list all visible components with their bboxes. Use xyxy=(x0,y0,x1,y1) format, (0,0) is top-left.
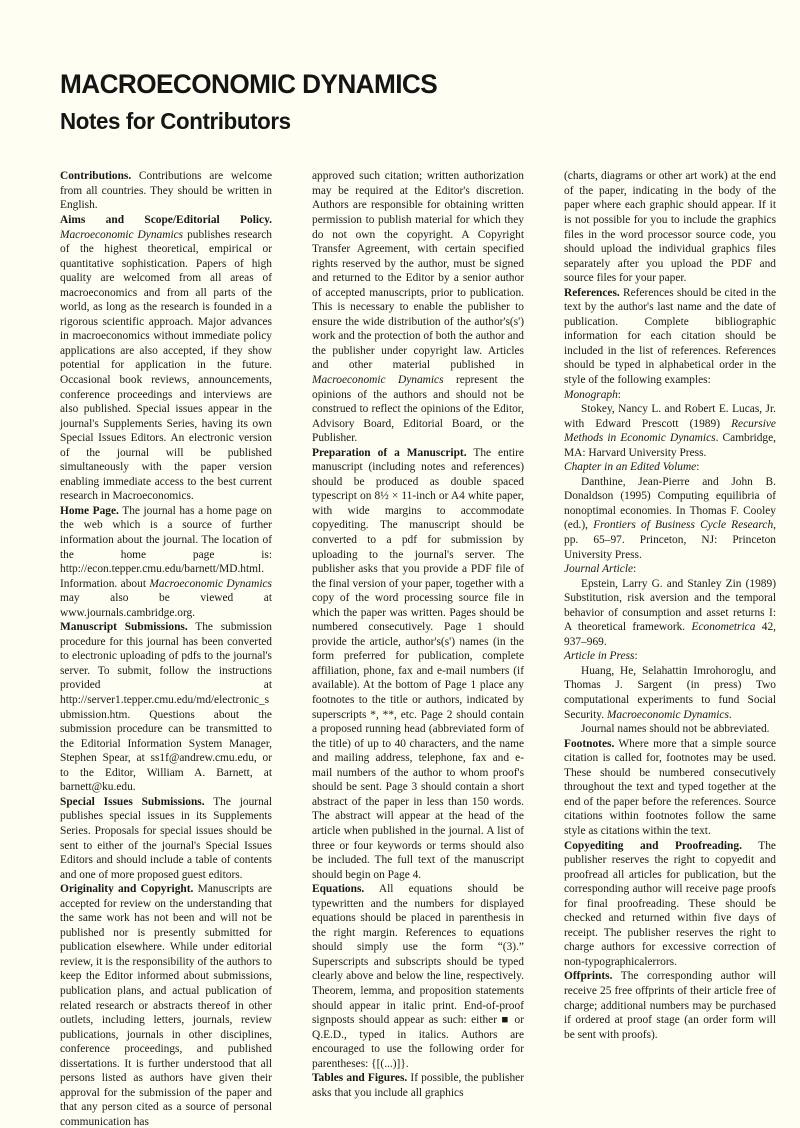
text-run: Macroeconomic Dynamics xyxy=(60,229,183,241)
text-run: The entire manuscript (including notes a… xyxy=(312,447,524,881)
text-run: All equations should be typewritten and … xyxy=(312,883,524,1070)
section-lead: Preparation of a Manuscript. xyxy=(312,447,467,459)
text-run: Journal Article xyxy=(564,563,633,575)
text-run: : xyxy=(618,389,621,401)
text-run: Frontiers of Business Cycle Research xyxy=(593,519,773,531)
text-column-1: Contributions. Contributions are welcome… xyxy=(60,169,272,1128)
paragraph: Epstein, Larry G. and Stanley Zin (1989)… xyxy=(564,577,776,650)
text-run: (charts, diagrams or other art work) at … xyxy=(564,170,776,284)
section-lead: Originality and Copyright. xyxy=(60,883,193,895)
section-lead: Tables and Figures. xyxy=(312,1072,407,1084)
text-run: Manuscripts are accepted for review on t… xyxy=(60,883,272,1128)
paragraph: Stokey, Nancy L. and Robert E. Lucas, Jr… xyxy=(564,402,776,460)
text-run: Econometrica xyxy=(692,621,756,633)
text-run: : xyxy=(633,563,636,575)
text-run: Where more that a simple source citation… xyxy=(564,738,776,837)
paragraph: Tables and Figures. If possible, the pub… xyxy=(312,1071,524,1100)
text-column-2: approved such citation; written authoriz… xyxy=(312,169,524,1100)
paragraph: Special Issues Submissions. The journal … xyxy=(60,795,272,882)
paragraph: Originality and Copyright. Manuscripts a… xyxy=(60,882,272,1128)
paragraph: Preparation of a Manuscript. The entire … xyxy=(312,446,524,882)
paragraph: Article in Press: xyxy=(564,649,776,664)
paragraph: Contributions. Contributions are welcome… xyxy=(60,169,272,213)
section-lead: Copyediting and Proofreading. xyxy=(564,840,742,852)
section-lead: Home Page. xyxy=(60,505,119,517)
text-run: The journal publishes special issues in … xyxy=(60,796,272,881)
paragraph: Copyediting and Proofreading. The publis… xyxy=(564,839,776,970)
paragraph: Home Page. The journal has a home page o… xyxy=(60,504,272,620)
text-run: . xyxy=(729,709,732,721)
paragraph: Aims and Scope/Editorial Policy. Macroec… xyxy=(60,213,272,504)
text-columns: Contributions. Contributions are welcome… xyxy=(60,169,774,1128)
paragraph: Danthine, Jean-Pierre and John B. Donald… xyxy=(564,475,776,562)
text-run: may also be viewed at www.journals.cambr… xyxy=(60,592,272,619)
text-run: The submission procedure for this journa… xyxy=(60,621,272,793)
journal-title: MACROECONOMIC DYNAMICS xyxy=(60,70,753,98)
text-run: Article in Press xyxy=(564,650,634,662)
paragraph: Offprints. The corresponding author will… xyxy=(564,969,776,1042)
paragraph: Monograph: xyxy=(564,388,776,403)
paragraph: Journal Article: xyxy=(564,562,776,577)
text-run: : xyxy=(634,650,637,662)
paragraph: Equations. All equations should be typew… xyxy=(312,882,524,1071)
text-run: References should be cited in the text b… xyxy=(564,287,776,386)
section-lead: Aims and Scope/Editorial Policy. xyxy=(60,214,272,226)
text-run: Chapter in an Edited Volume xyxy=(564,461,696,473)
paragraph: Manuscript Submissions. The submission p… xyxy=(60,620,272,795)
paragraph: Huang, He, Selahattin Imrohoroglu, and T… xyxy=(564,664,776,722)
paragraph: (charts, diagrams or other art work) at … xyxy=(564,169,776,285)
section-lead: Special Issues Submissions. xyxy=(60,796,205,808)
paragraph: Footnotes. Where more that a simple sour… xyxy=(564,737,776,839)
text-column-3: (charts, diagrams or other art work) at … xyxy=(564,169,776,1042)
paragraph: Journal names should not be abbreviated. xyxy=(564,722,776,737)
paragraph: References. References should be cited i… xyxy=(564,286,776,388)
masthead: MACROECONOMIC DYNAMICS Notes for Contrib… xyxy=(60,70,774,135)
page-subtitle: Notes for Contributors xyxy=(60,108,753,135)
section-lead: Equations. xyxy=(312,883,364,895)
text-run: Monograph xyxy=(564,389,618,401)
section-lead: References. xyxy=(564,287,620,299)
section-lead: Offprints. xyxy=(564,970,612,982)
text-run: Macroeconomic Dynamics xyxy=(149,578,272,590)
text-run: The publisher reserves the right to copy… xyxy=(564,840,776,968)
paragraph: Chapter in an Edited Volume: xyxy=(564,460,776,475)
section-lead: Footnotes. xyxy=(564,738,614,750)
text-run: Journal names should not be abbreviated. xyxy=(581,723,770,735)
text-run: approved such citation; written authoriz… xyxy=(312,170,524,371)
text-run: : xyxy=(696,461,699,473)
contributor-notes-page: MACROECONOMIC DYNAMICS Notes for Contrib… xyxy=(0,0,800,1128)
text-run: Macroeconomic Dynamics xyxy=(312,374,444,386)
paragraph: approved such citation; written authoriz… xyxy=(312,169,524,445)
section-lead: Manuscript Submissions. xyxy=(60,621,188,633)
text-run: publishes research of the highest theore… xyxy=(60,229,272,503)
text-run: Macroeconomic Dynamics xyxy=(607,709,729,721)
section-lead: Contributions. xyxy=(60,170,131,182)
